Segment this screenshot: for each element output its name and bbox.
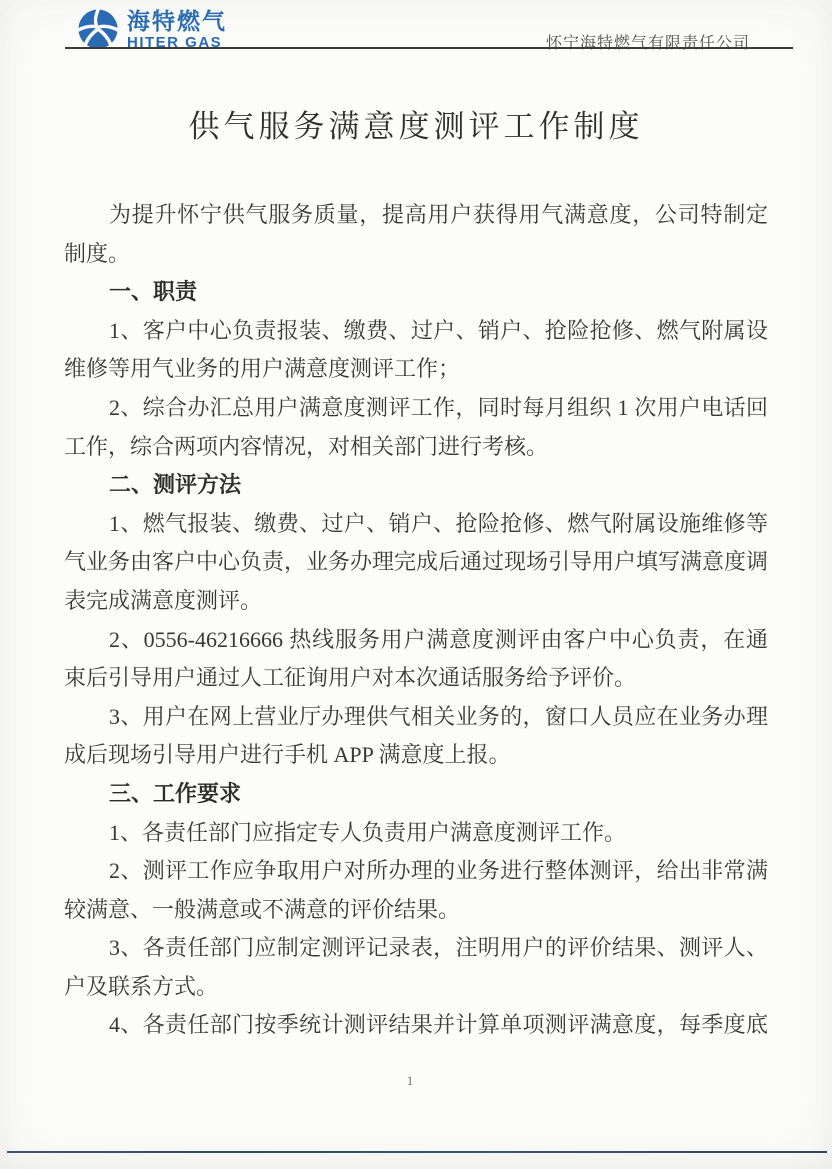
text-line: 气业务由客户中心负责，业务办理完成后通过现场引导用户填写满意度调查 <box>64 543 768 582</box>
section-heading: 三、工作要求 <box>64 775 768 814</box>
text-line: 1、各责任部门应指定专人负责用户满意度测评工作。 <box>64 814 768 853</box>
text-line: 制度。 <box>64 235 768 274</box>
text-line: 3、各责任部门应制定测评记录表，注明用户的评价结果、测评人、用 <box>64 929 768 968</box>
document-page: 海特燃气 HITER GAS 怀宁海特燃气有限责任公司 供气服务满意度测评工作制… <box>0 0 832 1169</box>
section-heading: 一、职责 <box>64 273 768 312</box>
text-line: 2、测评工作应争取用户对所办理的业务进行整体测评，给出非常满意、 <box>64 852 768 891</box>
document-title: 供气服务满意度测评工作制度 <box>0 101 832 146</box>
text-line: 束后引导用户通过人工征询用户对本次通话服务给予评价。 <box>64 659 768 698</box>
footer-rule <box>7 1151 827 1153</box>
text-line: 户及联系方式。 <box>64 968 768 1007</box>
text-line: 成后现场引导用户进行手机 APP 满意度上报。 <box>64 736 768 775</box>
text-line: 3、用户在网上营业厅办理供气相关业务的，窗口人员应在业务办理完 <box>64 698 768 737</box>
text-line: 2、0556-46216666 热线服务用户满意度测评由客户中心负责，在通话结 <box>64 621 768 660</box>
text-line: 2、综合办汇总用户满意度测评工作，同时每月组织 1 次用户电话回访 <box>64 389 768 428</box>
company-logo: 海特燃气 HITER GAS <box>76 9 227 51</box>
page-number: 1 <box>0 1073 820 1089</box>
text-line: 维修等用气业务的用户满意度测评工作； <box>64 350 768 389</box>
company-name: 怀宁海特燃气有限责任公司 <box>546 30 750 53</box>
text-line: 工作，综合两项内容情况，对相关部门进行考核。 <box>64 428 768 467</box>
text-line: 1、燃气报装、缴费、过户、销户、抢险抢修、燃气附属设施维修等用 <box>64 505 768 544</box>
text-line: 4、各责任部门按季统计测评结果并计算单项测评满意度，每季度底报 <box>64 1006 768 1045</box>
text-line: 1、客户中心负责报装、缴费、过户、销户、抢险抢修、燃气附属设施 <box>64 312 768 351</box>
section-heading: 二、测评方法 <box>64 466 768 505</box>
logo-text-cn: 海特燃气 <box>127 9 227 34</box>
text-line: 表完成满意度测评。 <box>64 582 768 621</box>
logo-text-block: 海特燃气 HITER GAS <box>127 9 227 51</box>
header-rule <box>65 47 793 49</box>
gas-flame-ball-icon <box>76 9 120 51</box>
document-body: 为提升怀宁供气服务质量，提高用户获得用气满意度，公司特制定本制度。一、职责1、客… <box>64 196 768 1045</box>
text-line: 较满意、一般满意或不满意的评价结果。 <box>64 891 768 930</box>
text-line: 为提升怀宁供气服务质量，提高用户获得用气满意度，公司特制定本 <box>64 196 768 235</box>
